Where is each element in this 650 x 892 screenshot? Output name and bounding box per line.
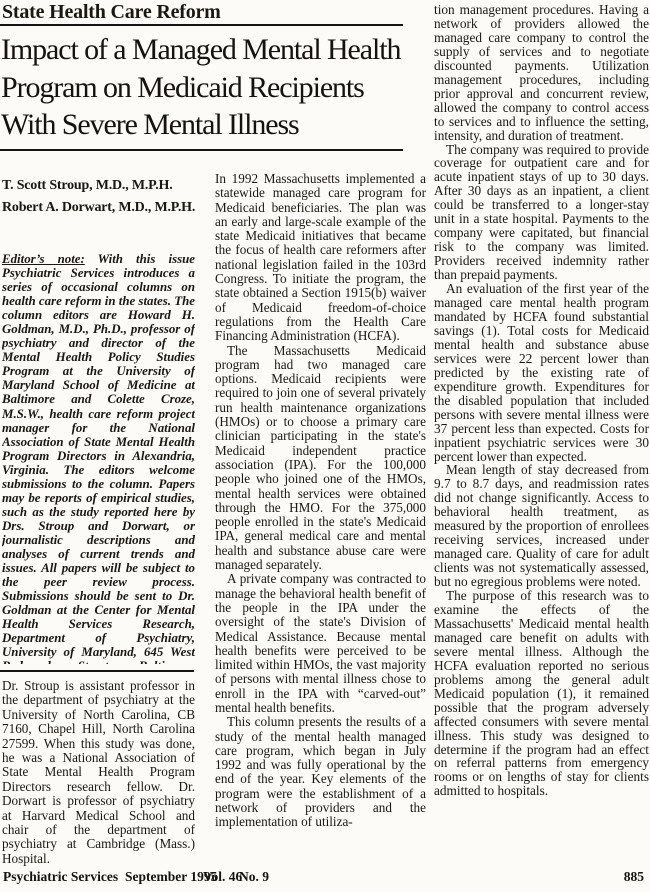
column-middle: In 1992 Massachusetts implemented a stat… bbox=[215, 172, 426, 864]
header-rule bbox=[0, 24, 403, 26]
body-paragraph: The purpose of this research was to exam… bbox=[434, 589, 649, 798]
column-right: tion management procedures. Having a net… bbox=[434, 3, 649, 863]
body-paragraph: A private company was contracted to mana… bbox=[215, 572, 426, 715]
author-name: Robert A. Dorwart, M.D., M.P.H. bbox=[2, 197, 206, 219]
author-block: T. Scott Stroup, M.D., M.P.H. Robert A. … bbox=[2, 175, 206, 218]
body-paragraph: This column presents the results of a st… bbox=[215, 715, 426, 829]
page-number: 885 bbox=[624, 869, 644, 885]
body-paragraph: The company was required to provide cove… bbox=[434, 143, 649, 283]
footer-volume: Vol. 46 bbox=[203, 869, 242, 885]
author-name: T. Scott Stroup, M.D., M.P.H. bbox=[2, 175, 206, 197]
article-title: Impact of a Managed Mental Health Progra… bbox=[1, 31, 400, 144]
column-kicker: State Health Care Reform bbox=[2, 1, 221, 24]
editors-note-text: With this issue Psychiatric Services int… bbox=[2, 252, 195, 664]
footer-journal-name: Psychiatric Services bbox=[3, 869, 118, 885]
page-footer: Psychiatric Services September 1995 Vol.… bbox=[0, 869, 650, 887]
editors-note-label: Editor’s note: bbox=[2, 252, 85, 266]
body-paragraph: In 1992 Massachusetts implemented a stat… bbox=[215, 172, 426, 344]
bio-rule bbox=[0, 670, 194, 672]
body-paragraph: tion management procedures. Having a net… bbox=[434, 3, 649, 143]
footer-number: No. 9 bbox=[239, 869, 269, 885]
body-paragraph: An evaluation of the first year of the m… bbox=[434, 282, 649, 463]
title-line: Program on Medicaid Recipients bbox=[1, 69, 400, 107]
title-line: Impact of a Managed Mental Health bbox=[1, 31, 400, 69]
author-bio: Dr. Stroup is assistant professor in the… bbox=[2, 679, 195, 867]
title-line: With Severe Mental Illness bbox=[1, 106, 400, 144]
body-paragraph: The Massachusetts Medicaid program had t… bbox=[215, 344, 426, 573]
editors-note: Editor’s note: With this issue Psychiatr… bbox=[2, 252, 195, 664]
title-rule bbox=[0, 149, 403, 151]
journal-page: State Health Care Reform Impact of a Man… bbox=[0, 0, 650, 892]
body-paragraph: Mean length of stay decreased from 9.7 t… bbox=[434, 463, 649, 589]
